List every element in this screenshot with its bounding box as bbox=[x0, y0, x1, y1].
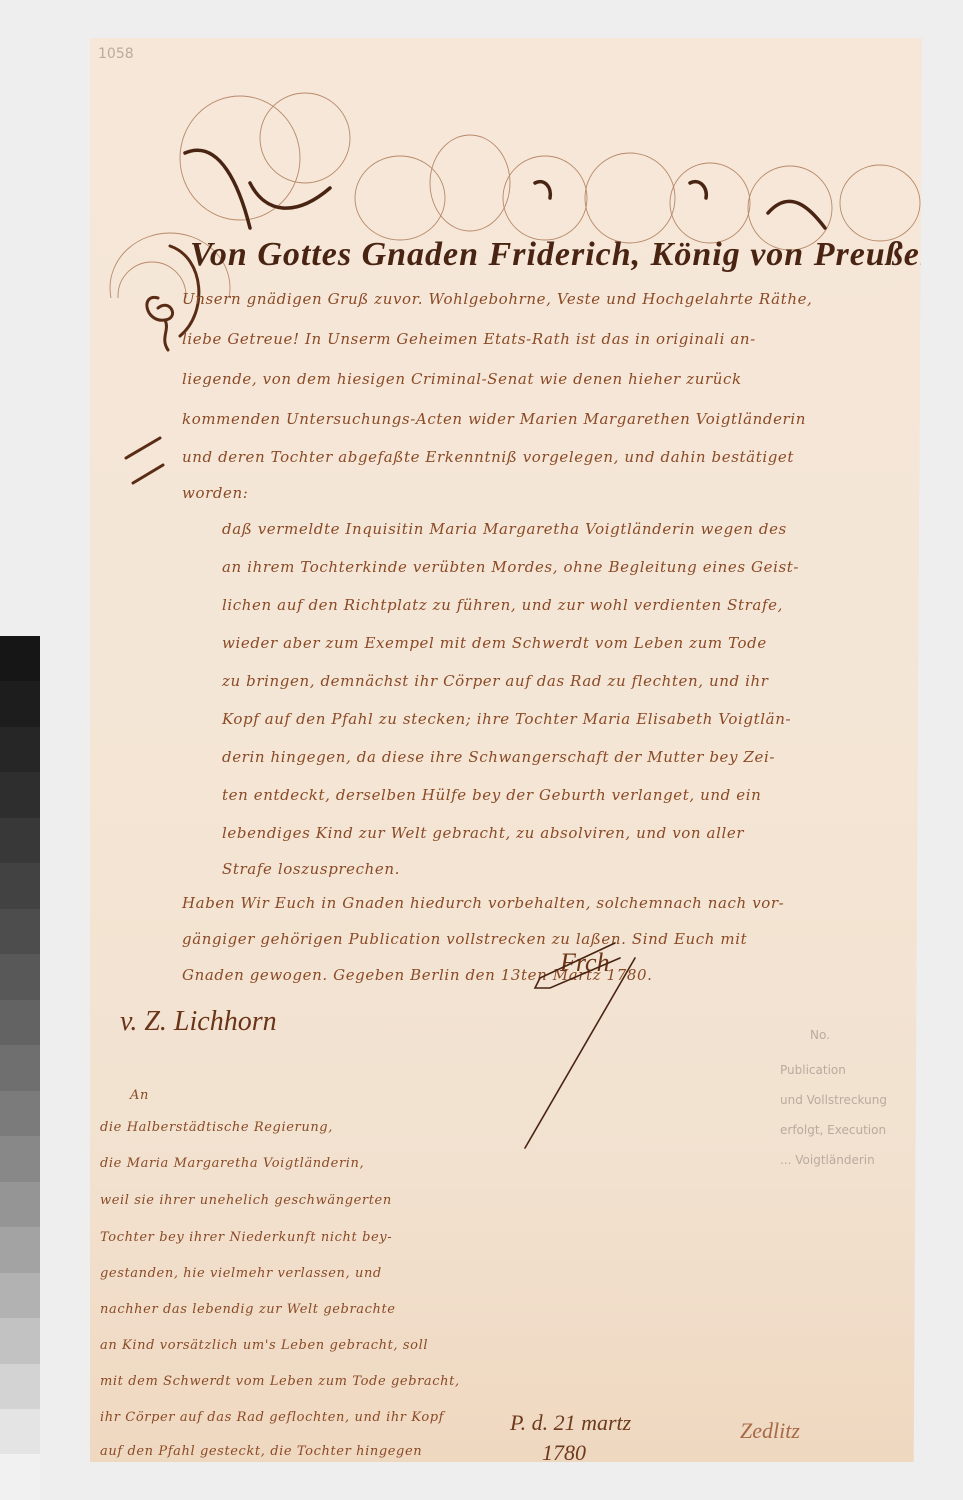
pencil-note-line: Publication bbox=[780, 1063, 846, 1077]
gray-patch bbox=[0, 1045, 40, 1090]
pencil-corner-note: 2.H. bbox=[885, 1478, 905, 1489]
address-line: An bbox=[130, 1088, 149, 1103]
gray-patch bbox=[0, 1318, 40, 1363]
address-line: mit dem Schwerdt vom Leben zum Tode gebr… bbox=[100, 1374, 460, 1389]
sentence-line: lebendiges Kind zur Welt gebracht, zu ab… bbox=[222, 824, 744, 842]
gray-patch bbox=[0, 681, 40, 726]
body-line: liebe Getreue! In Unserm Geheimen Etats-… bbox=[182, 330, 756, 348]
sentence-line: Kopf auf den Pfahl zu stecken; ihre Toch… bbox=[222, 710, 791, 728]
gray-calibration-strip bbox=[0, 636, 40, 1500]
gray-patch bbox=[0, 1409, 40, 1454]
gray-patch bbox=[0, 1136, 40, 1181]
address-line: ihr Cörper auf das Rad geflochten, und i… bbox=[100, 1410, 444, 1425]
sentence-line: Strafe loszusprechen. bbox=[222, 860, 400, 878]
address-line: an Kind vorsätzlich um's Leben gebracht,… bbox=[100, 1338, 428, 1353]
sentence-line: derin hingegen, da diese ihre Schwangers… bbox=[222, 748, 775, 766]
receipt-year-note: 1780 bbox=[542, 1440, 586, 1466]
body-line: Unsern gnädigen Gruß zuvor. Wohlgebohrne… bbox=[182, 290, 812, 308]
address-line: Tochter bey ihrer Niederkunft nicht bey- bbox=[100, 1230, 392, 1245]
gray-patch bbox=[0, 909, 40, 954]
document-heading: Von Gottes Gnaden Friderich, König von P… bbox=[190, 236, 963, 274]
gray-patch bbox=[0, 1273, 40, 1318]
gray-patch bbox=[0, 1227, 40, 1272]
closing-line: gängiger gehörigen Publication vollstrec… bbox=[182, 930, 747, 948]
closing-line: Haben Wir Euch in Gnaden hiedurch vorbeh… bbox=[182, 894, 784, 912]
gray-patch bbox=[0, 818, 40, 863]
address-line: auf den Pfahl gesteckt, die Tochter hing… bbox=[100, 1444, 422, 1459]
sentence-line: zu bringen, demnächst ihr Cörper auf das… bbox=[222, 672, 769, 690]
body-line: liegende, von dem hiesigen Criminal-Sena… bbox=[182, 370, 742, 388]
address-line: gestanden, hie vielmehr verlassen, und bbox=[100, 1266, 382, 1281]
address-line: weil sie ihrer unehelich geschwängerten bbox=[100, 1193, 392, 1208]
marginal-marks bbox=[118, 433, 178, 493]
gray-patch bbox=[0, 727, 40, 772]
body-line: und deren Tochter abgefaßte Erkenntniß v… bbox=[182, 448, 794, 466]
gray-patch bbox=[0, 636, 40, 681]
sentence-line: an ihrem Tochterkinde verübten Mordes, o… bbox=[222, 558, 799, 576]
zedlitz-signature: Zedlitz bbox=[740, 1418, 800, 1444]
manuscript-page: 1058 Von Gottes Gnaden Friderich, König … bbox=[90, 38, 922, 1462]
sentence-line: ten entdeckt, derselben Hülfe bey der Ge… bbox=[222, 786, 761, 804]
gray-patch bbox=[0, 954, 40, 999]
body-line: worden: bbox=[182, 484, 248, 502]
gray-patch bbox=[0, 1454, 40, 1499]
pencil-note-line: und Vollstreckung bbox=[780, 1093, 887, 1107]
gray-patch bbox=[0, 1091, 40, 1136]
countersignature: v. Z. Lichhorn bbox=[120, 1006, 277, 1038]
sentence-line: lichen auf den Richtplatz zu führen, und… bbox=[222, 596, 783, 614]
signature-stroke bbox=[520, 938, 660, 1158]
pencil-note-line: erfolgt, Execution bbox=[780, 1123, 886, 1137]
address-line: von aller Strafe losgesprochen werden. bbox=[100, 1478, 382, 1493]
pencil-note-line: No. bbox=[810, 1028, 830, 1042]
gray-patch bbox=[0, 772, 40, 817]
pencil-note-line: ... Voigtländerin bbox=[780, 1153, 875, 1167]
receipt-date-note: P. d. 21 martz bbox=[510, 1410, 631, 1436]
body-line: kommenden Untersuchungs-Acten wider Mari… bbox=[182, 410, 806, 428]
gray-patch bbox=[0, 1000, 40, 1045]
sentence-line: wieder aber zum Exempel mit dem Schwerdt… bbox=[222, 634, 767, 652]
address-line: die Maria Margaretha Voigtländerin, bbox=[100, 1156, 364, 1171]
gray-patch bbox=[0, 863, 40, 908]
address-line: nachher das lebendig zur Welt gebrachte bbox=[100, 1302, 396, 1317]
gray-patch bbox=[0, 1364, 40, 1409]
sentence-line: daß vermeldte Inquisitin Maria Margareth… bbox=[222, 520, 787, 538]
address-line: die Halberstädtische Regierung, bbox=[100, 1120, 333, 1135]
gray-patch bbox=[0, 1182, 40, 1227]
